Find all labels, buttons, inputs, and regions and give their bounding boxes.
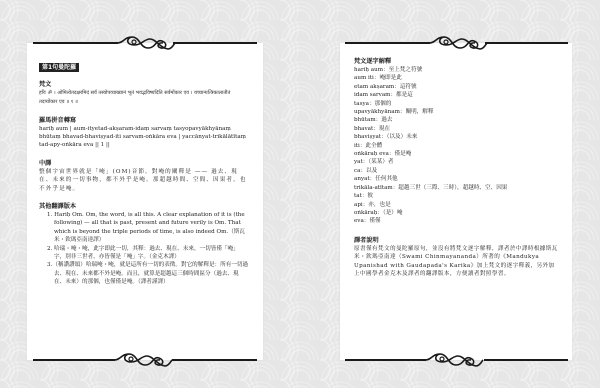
translator-note-text: 原書僅有梵文的曼陀羅原句，並沒有將梵文逐字解釋，譯者於中譯時根據斯瓦米・欽瑪亞南… [354,245,558,279]
section-title-glossary: 梵文逐字解釋 [354,57,558,66]
bottom-rule-left-b [172,359,257,361]
version-item: 3.（稱讚讚頌）哈瑞唵・唵，就是這所有一切的表徵。對它的解釋是：所有一切過去、現… [47,261,249,286]
glossary-entry: tat：彼 [354,192,558,200]
version-item: 2. 哈瑞・唵・唵，此字即此一切，其釋：過去、現在、未來，一切皆僅「唵」字，別非… [47,245,249,262]
glossary-entry: api：亦，也是 [354,201,558,209]
glossary-entry: anyat：任何其他 [354,175,558,183]
glossary-entry: etam akṣaram：這符號 [354,83,558,91]
section-title-sanskrit: 梵文 [39,80,249,89]
bottom-rule-right-b [484,359,568,361]
other-versions-list: 1. Hariḥ Om. Om, the word, is all this. … [39,211,249,287]
scroll-flourish-icon [113,353,173,373]
glossary-entry: hariḥ aum：至上梵之符號 [354,66,558,74]
glossary-entry: tasya：那個的 [354,100,558,108]
left-page-content: 第1句曼陀羅 梵文 हरिः ॐ । ओमित्येतदक्षरमिदं सर्… [27,43,263,287]
glossary-entry: oṅkāraḥ：（是）唵 [354,209,558,217]
scroll-flourish-icon [424,353,484,373]
glossary-entry: eva：僅僅 [354,217,558,225]
glossary-entry: iti：此全體 [354,142,558,150]
bottom-rule-left-a [33,359,115,361]
transliteration-text: hariḥ aum | aum-ityetad-akṣaram-idaṃ sar… [39,125,249,150]
chapter-badge: 第1句曼陀羅 [39,63,79,72]
right-page-content: 梵文逐字解釋 hariḥ aum：至上梵之符號 aum iti：唵即是此 eta… [340,43,572,278]
glossary-entry: ca：以及 [354,167,558,175]
section-title-other-versions: 其他翻譯版本 [39,202,249,211]
glossary-entry: bhūtam：過去 [354,116,558,124]
top-rule-left-b [173,42,257,44]
glossary-list: hariḥ aum：至上梵之符號 aum iti：唵即是此 etam akṣar… [354,66,558,226]
version-item: 1. Hariḥ Om. Om, the word, is all this. … [47,211,249,245]
top-rule-left-a [33,42,118,44]
glossary-entry: oṅkāraḥ eva：僅是唵 [354,150,558,158]
glossary-entry: bhavat：現在 [354,125,558,133]
glossary-entry: aum iti：唵即是此 [354,74,558,82]
glossary-entry: bhaviṣyat：（以及）未來 [354,133,558,141]
top-rule-right-b [485,42,568,44]
right-page: 梵文逐字解釋 hariḥ aum：至上梵之符號 aum iti：唵即是此 eta… [340,43,572,360]
scroll-flourish-icon [116,36,176,56]
top-rule-right-a [345,42,430,44]
glossary-entry: trikāla-atītam：超越三世（三際、三時），超越時、空、因果 [354,184,558,192]
scroll-flourish-icon [428,36,488,56]
bottom-rule-right-a [345,359,426,361]
section-title-transliteration: 羅馬拼音轉寫 [39,116,249,125]
glossary-entry: upavyākhyānam：闡明，解釋 [354,108,558,116]
sanskrit-text: हरिः ॐ । ओमित्येतदक्षरमिदं सर्वं तस्योपव… [39,89,249,106]
section-title-chinese-translation: 中譯 [39,159,249,168]
chinese-translation-text: 整個宇宙世界就是「唵」(OM)音節。對唵的闡釋是 —— 過去、現在、未來的一切事… [39,168,249,193]
glossary-entry: idam sarvam：都是這 [354,91,558,99]
left-page: 第1句曼陀羅 梵文 हरिः ॐ । ओमित्येतदक्षरमिदं सर्… [27,43,263,360]
glossary-entry: yat：（某某）者 [354,158,558,166]
section-title-translator-note: 譯者說明 [354,236,558,245]
